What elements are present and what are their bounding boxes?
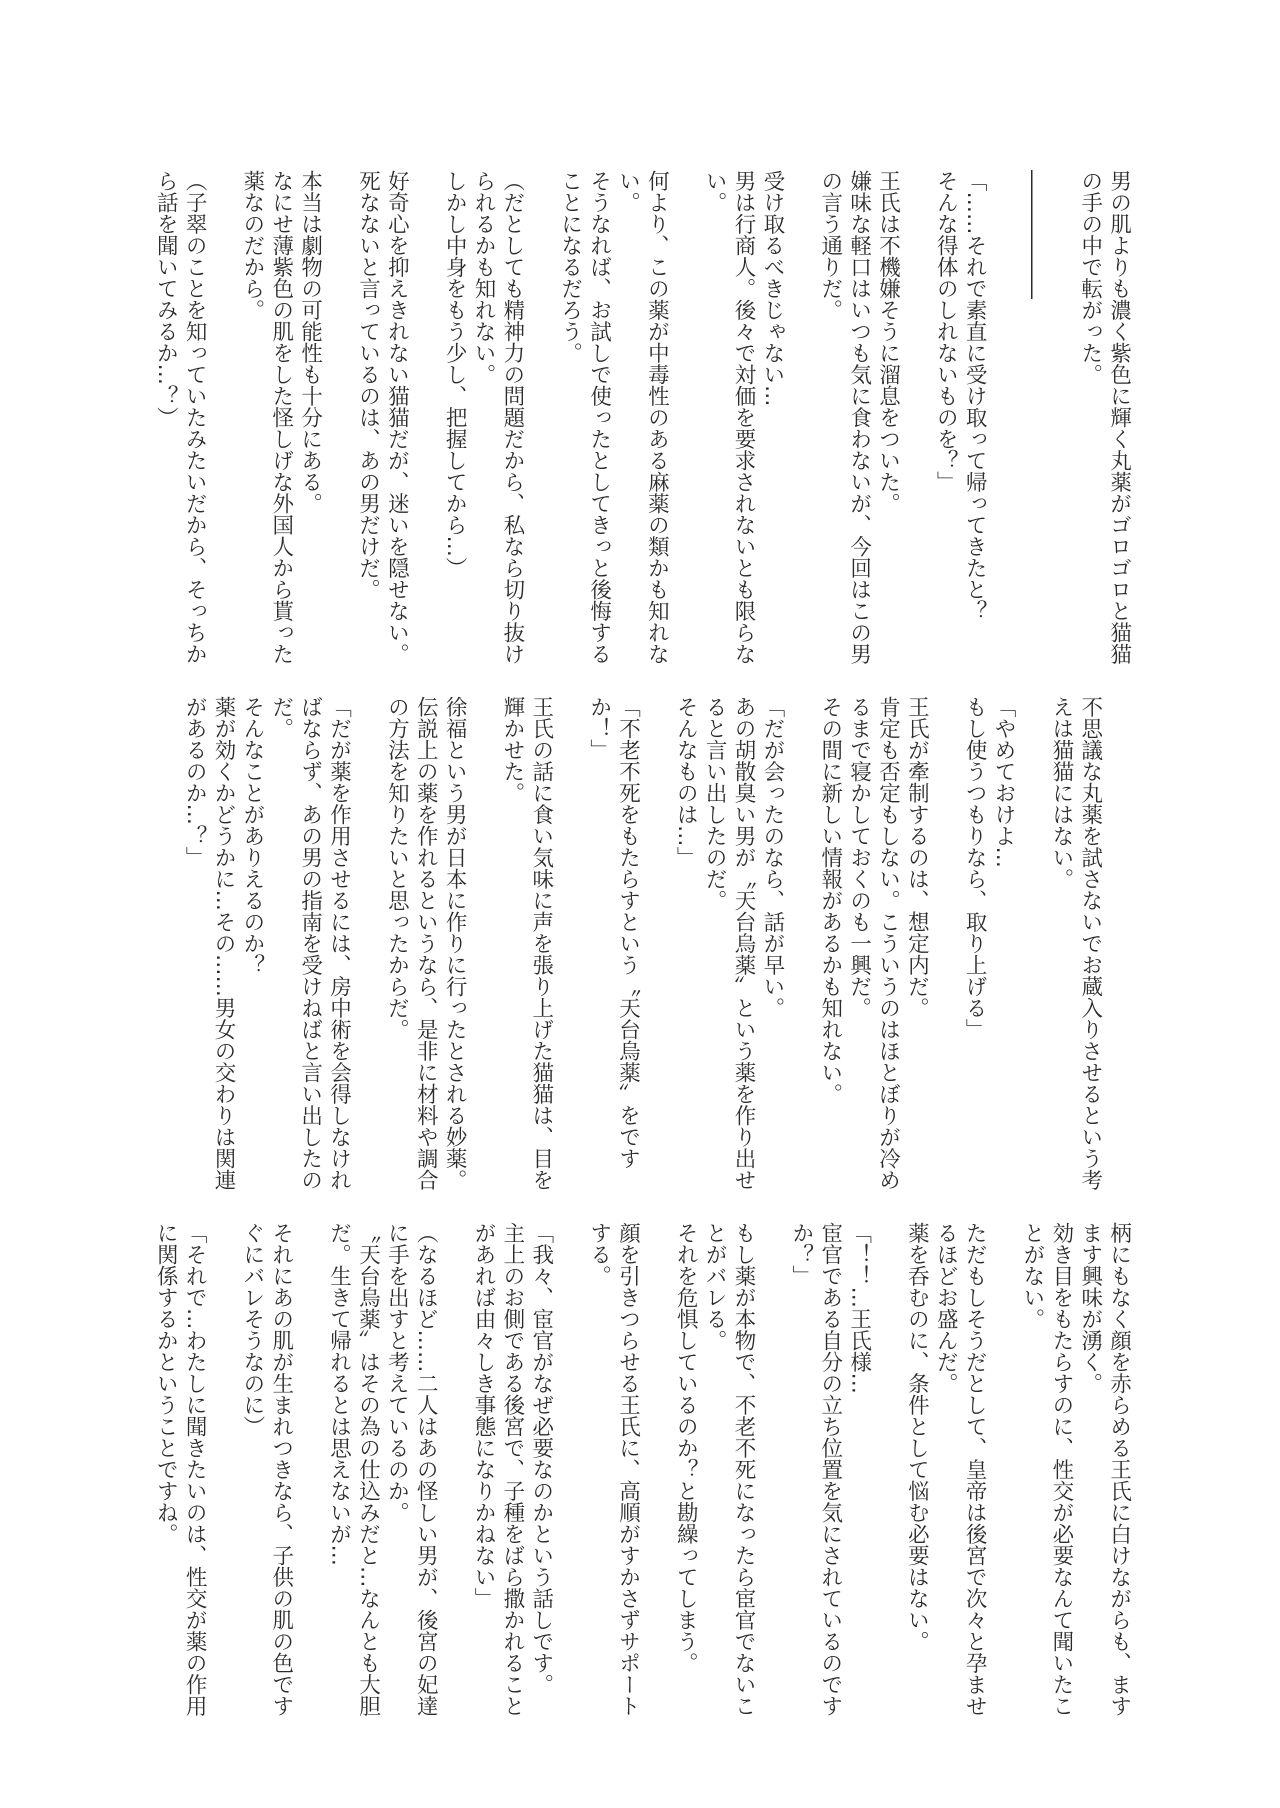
text-line: か？」 <box>786 1222 815 1717</box>
novel-page: 男の肌よりも濃く紫色に輝く丸薬がゴロゴロと猫猫 の手の中で転がった。 ―――――… <box>0 0 1280 1808</box>
text-line: 死なないと言っているのは、あの男だけだ。 <box>353 170 382 665</box>
text-line: るほどお盛んだ。 <box>930 1222 959 1717</box>
blank-line <box>439 1222 468 1717</box>
text-line: に関係するかということですね。 <box>150 1222 179 1717</box>
text-line: そんなことがありえるのか？ <box>237 696 266 1191</box>
text-line: とがバレる。 <box>699 1222 728 1717</box>
blank-line <box>324 170 353 665</box>
text-line: そんなものは…」 <box>670 696 699 1191</box>
text-line: する。 <box>584 1222 613 1717</box>
text-line: るまで寝かしておくのも一興だ。 <box>844 696 873 1191</box>
text-line: 「だが会ったのなら、話が早い。 <box>757 696 786 1191</box>
text-line: ただもしそうだとして、皇帝は後宮で次々と孕ませ <box>959 1222 988 1717</box>
blank-line <box>208 170 237 665</box>
blank-line <box>786 696 815 1191</box>
text-line: 顔を引きつらせる王氏に、高順がすかさずサポート <box>613 1222 642 1717</box>
text-line: の方法を知りたいと思ったからだ。 <box>381 696 410 1191</box>
text-line: 「だが薬を作用させるには、房中術を会得しなけれ <box>324 696 353 1191</box>
blank-line <box>670 170 699 665</box>
text-tier-middle: 不思議な丸薬を試さないでお蔵入りさせるという考 えは猫猫にはない。 「やめておけ… <box>150 696 1133 1191</box>
text-line: 「やめておけよ… <box>988 696 1017 1191</box>
text-line: 〝天台烏薬〟はその為の仕込みだと…なんとも大胆 <box>353 1222 382 1717</box>
blank-line <box>988 170 1017 665</box>
text-line: の言う通りだ。 <box>815 170 844 665</box>
text-line: もし使うつもりなら、取り上げる」 <box>959 696 988 1191</box>
text-line: 何より、この薬が中毒性のある麻薬の類かも知れな <box>641 170 670 665</box>
scene-break-line: ―――――― <box>1017 170 1046 665</box>
blank-line <box>901 170 930 665</box>
text-line: なにせ薄紫色の肌をした怪しげな外国人から貰った <box>266 170 295 665</box>
text-line: 宦官である自分の立ち位置を気にされているのです <box>815 1222 844 1717</box>
blank-line <box>150 696 179 1191</box>
text-line: 効き目をもたらすのに、性交が必要なんて聞いたこ <box>1046 1222 1075 1717</box>
text-line: られるかも知れない。 <box>468 170 497 665</box>
text-line: 王氏は不機嫌そうに溜息をついた。 <box>873 170 902 665</box>
text-line: あの胡散臭い男が〝天台烏薬〟という薬を作り出せ <box>728 696 757 1191</box>
text-line: 薬を呑むのに、条件として悩む必要はない。 <box>901 1222 930 1717</box>
blank-line <box>641 696 670 1191</box>
text-line: 受け取るべきじゃない… <box>757 170 786 665</box>
text-line: とがない。 <box>1017 1222 1046 1717</box>
blank-line <box>555 696 584 1191</box>
text-line: ぐにバレそうなのに） <box>237 1222 266 1717</box>
blank-line <box>410 170 439 665</box>
text-line: 男は行商人。後々で対価を要求されないとも限らな <box>728 170 757 665</box>
text-line: それにあの肌が生まれつきなら、子供の肌の色です <box>266 1222 295 1717</box>
blank-line <box>468 696 497 1191</box>
text-line: 柄にもなく顔を赤らめる王氏に白けながらも、ます <box>1104 1222 1133 1717</box>
text-line: 王氏の話に食い気味に声を張り上げた猫猫は、目を <box>526 696 555 1191</box>
text-line: 「！！…王氏様… <box>844 1222 873 1717</box>
text-line: があれば由々しき事態になりかねない」 <box>468 1222 497 1717</box>
blank-line <box>353 696 382 1191</box>
text-line: （なるほど……二人はあの怪しい男が、後宮の妃達 <box>410 1222 439 1717</box>
text-line: 「我々、宦官がなぜ必要なのかという話しです。 <box>526 1222 555 1717</box>
blank-line <box>526 170 555 665</box>
text-line: 肯定も否定もしない。こういうのはほとぼりが冷め <box>873 696 902 1191</box>
text-line: （子翠のことを知っていたみたいだから、そっちか <box>179 170 208 665</box>
text-line: い。 <box>699 170 728 665</box>
text-line: があるのか…？」 <box>179 696 208 1191</box>
text-line: だ。生きて帰れるとは思えないが… <box>324 1222 353 1717</box>
text-line: の手の中で転がった。 <box>1075 170 1104 665</box>
text-line: ら話を聞いてみるか…？） <box>150 170 179 665</box>
blank-line <box>988 1222 1017 1717</box>
text-tier-bottom: 柄にもなく顔を赤らめる王氏に白けながらも、ます ます興味が湧く。 効き目をもたら… <box>150 1222 1133 1717</box>
blank-line <box>786 170 815 665</box>
text-line: に手を出すと考えているのか。 <box>381 1222 410 1717</box>
text-line: ばならず、あの男の指南を受けねばと言い出したの <box>295 696 324 1191</box>
text-line: 本当は劇物の可能性も十分にある。 <box>295 170 324 665</box>
text-line: ことになるだろう。 <box>555 170 584 665</box>
text-line: 王氏が牽制するのは、想定内だ。 <box>901 696 930 1191</box>
text-line: 不思議な丸薬を試さないでお蔵入りさせるという考 <box>1075 696 1104 1191</box>
blank-line <box>1046 170 1075 665</box>
blank-line <box>555 1222 584 1717</box>
text-line: ると言い出したのだ。 <box>699 696 728 1191</box>
text-tier-top: 男の肌よりも濃く紫色に輝く丸薬がゴロゴロと猫猫 の手の中で転がった。 ―――――… <box>150 170 1133 665</box>
text-line: い。 <box>613 170 642 665</box>
blank-line <box>930 696 959 1191</box>
text-line: 「……それで素直に受け取って帰ってきたと？ <box>959 170 988 665</box>
text-line: 伝説上の薬を作れるというなら、是非に材料や調合 <box>410 696 439 1191</box>
text-line: 嫌味な軽口はいつも気に食わないが、今回はこの男 <box>844 170 873 665</box>
text-line: 男の肌よりも濃く紫色に輝く丸薬がゴロゴロと猫猫 <box>1104 170 1133 665</box>
text-line: そんな得体のしれないものを？」 <box>930 170 959 665</box>
text-line: だ。 <box>266 696 295 1191</box>
blank-line <box>873 1222 902 1717</box>
text-line: えは猫猫にはない。 <box>1046 696 1075 1191</box>
text-line: 主上のお側である後宮で、子種をばら撒かれること <box>497 1222 526 1717</box>
text-line: 輝かせた。 <box>497 696 526 1191</box>
blank-line <box>1017 696 1046 1191</box>
text-line: ます興味が湧く。 <box>1075 1222 1104 1717</box>
blank-line <box>1104 696 1133 1191</box>
text-line: もし薬が本物で、不老不死になったら宦官でないこ <box>728 1222 757 1717</box>
text-line: 薬が効くかどうかに…その……男女の交わりは関連 <box>208 696 237 1191</box>
text-line: 薬なのだから。 <box>237 170 266 665</box>
text-line: 「それで…わたしに聞きたいのは、性交が薬の作用 <box>179 1222 208 1717</box>
blank-line <box>641 1222 670 1717</box>
text-line: 好奇心を抑えきれない猫猫だが、迷いを隠せない。 <box>381 170 410 665</box>
text-line: そうなれば、お試しで使ったとしてきっと後悔する <box>584 170 613 665</box>
text-line: か！」 <box>584 696 613 1191</box>
text-line: しかし中身をもう少し、把握してから…） <box>439 170 468 665</box>
text-line: 徐福という男が日本に作りに行ったとされる妙薬。 <box>439 696 468 1191</box>
text-line: （だとしても精神力の問題だから、私なら切り抜け <box>497 170 526 665</box>
text-line: それを危惧しているのか？と勘繰ってしまう。 <box>670 1222 699 1717</box>
blank-line <box>208 1222 237 1717</box>
blank-line <box>757 1222 786 1717</box>
text-line: 「不老不死をもたらすという〝天台烏薬〟をです <box>613 696 642 1191</box>
text-line: その間に新しい情報があるかも知れない。 <box>815 696 844 1191</box>
blank-line <box>295 1222 324 1717</box>
